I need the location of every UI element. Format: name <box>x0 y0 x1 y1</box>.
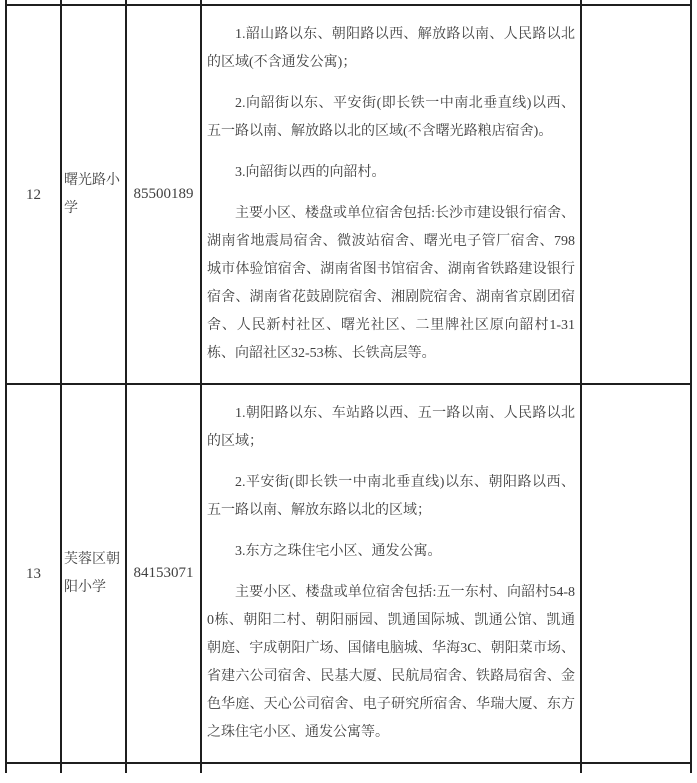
district-description-cell: 1.韶山路以东、朝阳路以西、解放路以南、人民路以北的区域(不含通发公寓)； 2.… <box>201 5 581 384</box>
district-rule-1: 1.韶山路以东、朝阳路以西、解放路以南、人民路以北的区域(不含通发公寓)； <box>207 21 575 77</box>
district-rule-2: 2.平安街(即长铁一中南北垂直线)以东、朝阳路以西、五一路以南、解放东路以北的区… <box>207 469 575 525</box>
table-row-13: 13 芙蓉区朝阳小学 84153071 1.朝阳路以东、车站路以西、五一路以南、… <box>6 384 691 763</box>
school-name-cell: 芙蓉区朝阳小学 <box>61 384 126 763</box>
district-rule-2: 2.向韶街以东、平安街(即长铁一中南北垂直线)以西、五一路以南、解放路以北的区域… <box>207 90 575 146</box>
partial-cell <box>581 763 691 773</box>
district-description: 1.朝阳路以东、车站路以西、五一路以南、人民路以北的区域； 2.平安街(即长铁一… <box>207 400 575 747</box>
note-cell <box>581 5 691 384</box>
row-number-cell: 13 <box>6 384 61 763</box>
district-rule-3: 3.东方之珠住宅小区、通发公寓。 <box>207 538 575 566</box>
phone-cell: 84153071 <box>126 384 201 763</box>
district-rule-1: 1.朝阳路以东、车站路以西、五一路以南、人民路以北的区域； <box>207 400 575 456</box>
partial-cell <box>6 763 61 773</box>
district-rule-3: 3.向韶街以西的向韶村。 <box>207 159 575 187</box>
district-description: 1.韶山路以东、朝阳路以西、解放路以南、人民路以北的区域(不含通发公寓)； 2.… <box>207 21 575 368</box>
row-number-cell: 12 <box>6 5 61 384</box>
table-row-12: 12 曙光路小学 85500189 1.韶山路以东、朝阳路以西、解放路以南、人民… <box>6 5 691 384</box>
partial-cell <box>126 763 201 773</box>
phone-cell: 85500189 <box>126 5 201 384</box>
district-communities-list: 主要小区、楼盘或单位宿舍包括:长沙市建设银行宿舍、湖南省地震局宿舍、微波站宿舍、… <box>207 200 575 368</box>
school-district-table: 12 曙光路小学 85500189 1.韶山路以东、朝阳路以西、解放路以南、人民… <box>5 0 692 773</box>
table-row-partial-bottom <box>6 763 691 773</box>
district-communities-list: 主要小区、楼盘或单位宿舍包括:五一东村、向韶村54-80栋、朝阳二村、朝阳丽园、… <box>207 579 575 747</box>
district-description-cell: 1.朝阳路以东、车站路以西、五一路以南、人民路以北的区域； 2.平安街(即长铁一… <box>201 384 581 763</box>
partial-cell <box>201 763 581 773</box>
partial-cell <box>61 763 126 773</box>
note-cell <box>581 384 691 763</box>
school-name-cell: 曙光路小学 <box>61 5 126 384</box>
